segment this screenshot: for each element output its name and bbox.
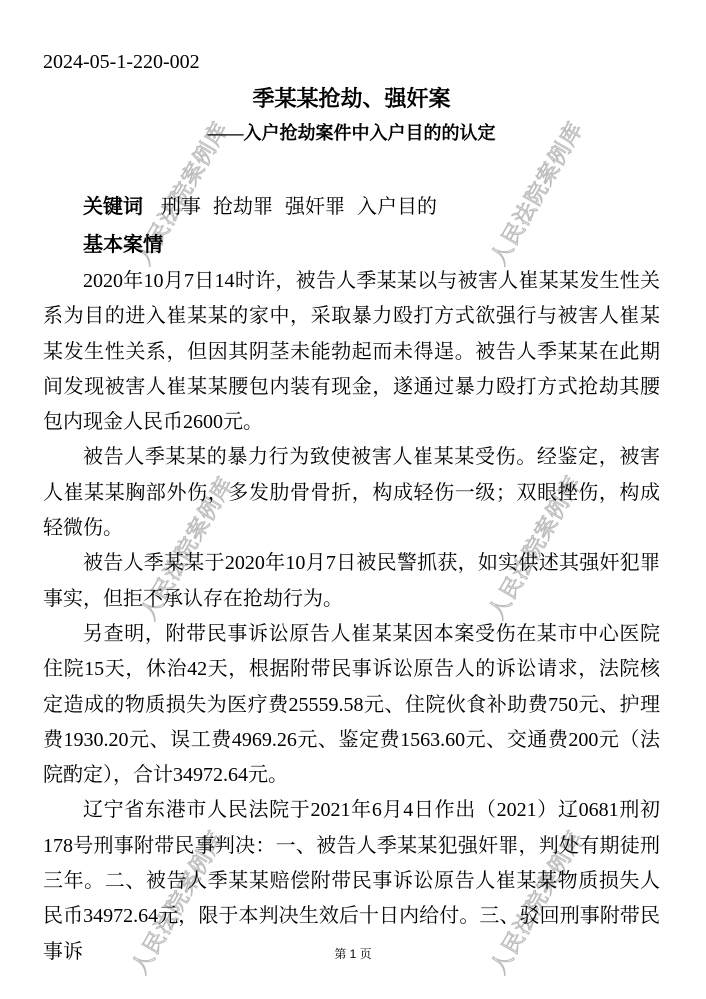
paragraph: 辽宁省东港市人民法院于2021年6月4日作出（2021）辽0681刑初178号刑… bbox=[43, 793, 660, 969]
document-page: 人民法院案例库 人民法院案例库 人民法院案例库 人民法院案例库 人民法院案例库 … bbox=[0, 0, 706, 999]
case-title: 季某某抢劫、强奸案 bbox=[43, 85, 660, 113]
page-number: 第 1 页 bbox=[0, 945, 706, 962]
keywords-row: 关键词刑事抢劫罪强奸罪入户目的 bbox=[43, 188, 660, 226]
doc-number: 2024-05-1-220-002 bbox=[43, 50, 660, 74]
keyword-item: 强奸罪 bbox=[285, 196, 345, 218]
document-content: 2024-05-1-220-002 季某某抢劫、强奸案 ——入户抢劫案件中入户目… bbox=[0, 0, 706, 999]
paragraph: 被告人季某某于2020年10月7日被民警抓获，如实供述其强奸犯罪事实，但拒不承认… bbox=[43, 546, 660, 617]
keywords-label: 关键词 bbox=[83, 196, 143, 218]
keyword-item: 刑事 bbox=[161, 196, 201, 218]
paragraph: 被告人季某某的暴力行为致使被害人崔某某受伤。经鉴定，被害人崔某某胸部外伤，多发肋… bbox=[43, 440, 660, 546]
paragraph: 另查明，附带民事诉讼原告人崔某某因本案受伤在某市中心医院住院15天，休治42天，… bbox=[43, 617, 660, 793]
case-subtitle: ——入户抢劫案件中入户目的的认定 bbox=[43, 122, 660, 144]
paragraph: 2020年10月7日14时许，被告人季某某以与被害人崔某某发生性关系为目的进入崔… bbox=[43, 264, 660, 440]
keyword-item: 入户目的 bbox=[357, 196, 437, 218]
section-heading: 基本案情 bbox=[43, 226, 660, 264]
keyword-item: 抢劫罪 bbox=[213, 196, 273, 218]
